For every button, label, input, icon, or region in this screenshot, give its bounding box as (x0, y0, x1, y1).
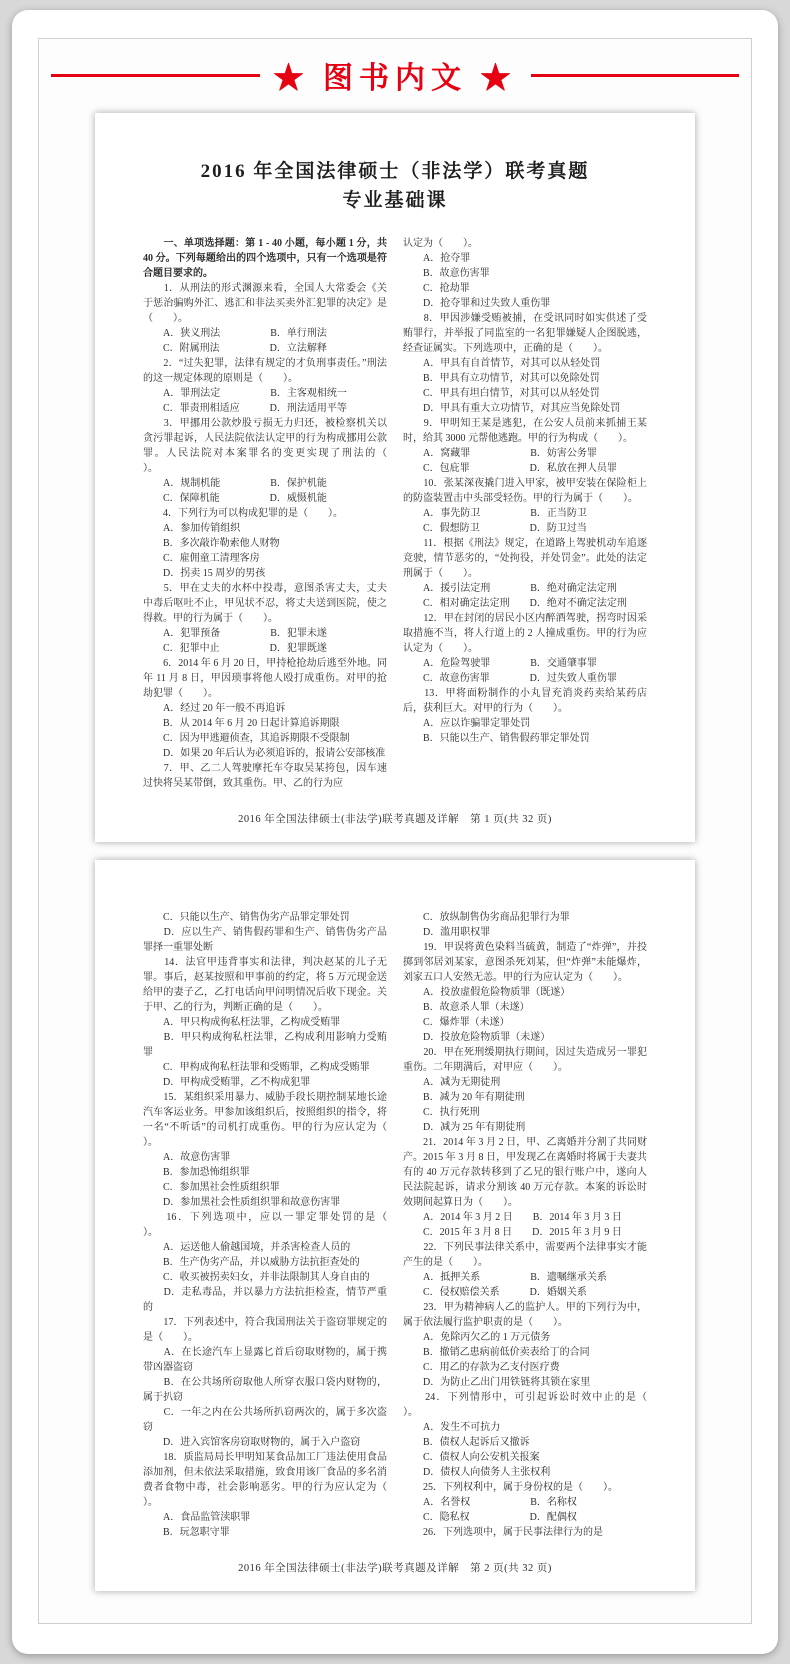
text-line: B．债权人起诉后又撤诉 (403, 1435, 647, 1450)
text-line: B．玩忽职守罪 (143, 1525, 387, 1540)
text-line: A．犯罪预备 B．犯罪未遂 (143, 626, 387, 641)
text-line: A．食品监管渎职罪 (143, 1510, 387, 1525)
exam-title-line1: 2016 年全国法律硕士（非法学）联考真题 (143, 157, 647, 186)
text-line: C．隐私权 D．配偶权 (403, 1510, 647, 1525)
text-line: 2．“过失犯罪，法律有规定的才负刑事责任。”刑法的这一规定体现的原则是（ ）。 (143, 356, 387, 386)
text-line: B．生产伪劣产品，并以威胁方法抗拒查处的 (143, 1255, 387, 1270)
text-line: A．经过 20 年一般不再追诉 (143, 701, 387, 716)
text-line: C．保障机能 D．威慑机能 (143, 491, 387, 506)
text-line: B．多次敲诈勒索他人财物 (143, 536, 387, 551)
text-line: A．甲只构成徇私枉法罪，乙构成受贿罪 (143, 1015, 387, 1030)
text-line: A．事先防卫 B．正当防卫 (403, 506, 647, 521)
text-line: A．名誉权 B．名称权 (403, 1495, 647, 1510)
text-line: B．参加恐怖组织罪 (143, 1165, 387, 1180)
text-line: C．侵权赔偿关系 D．婚姻关系 (403, 1285, 647, 1300)
text-line: 1．从刑法的形式渊源来看，全国人大常委会《关于惩治骗购外汇、逃汇和非法买卖外汇犯… (143, 281, 387, 326)
text-line: 12．甲在封闭的居民小区内醉酒驾驶，拐弯时因采取措施不当，将人行道上的 2 人撞… (403, 611, 647, 656)
text-line: D．债权人向债务人主张权利 (403, 1465, 647, 1480)
text-line: A．免除丙欠乙的 1 万元债务 (403, 1330, 647, 1345)
text-line: 22．下列民事法律关系中，需要两个法律事实才能产生的是（ ）。 (403, 1240, 647, 1270)
text-line: A．罪刑法定 B．主客观相统一 (143, 386, 387, 401)
text-line: C．附属刑法 D．立法解释 (143, 341, 387, 356)
text-line: A．窝藏罪 B．妨害公务罪 (403, 446, 647, 461)
text-line: C．执行死刑 (403, 1105, 647, 1120)
text-line: C．债权人向公安机关报案 (403, 1450, 647, 1465)
text-line: B．甲具有立功情节，对其可以免除处罚 (403, 371, 647, 386)
text-line: 25．下列权利中，属于身份权的是（ ）。 (403, 1480, 647, 1495)
text-line: D．如果 20 年后认为必须追诉的，报请公安部核准 (143, 746, 387, 761)
text-line: D．滥用职权罪 (403, 925, 647, 940)
text-line: A．规制机能 B．保护机能 (143, 476, 387, 491)
text-line: 9．甲明知王某是逃犯，在公安人员前来抓捕王某时，给其 3000 元帮他逃跑。甲的… (403, 416, 647, 446)
text-line: C．放纵制售伪劣商品犯罪行为罪 (403, 910, 647, 925)
text-line: C．爆炸罪（未遂） (403, 1015, 647, 1030)
text-line: A．在长途汽车上显露匕首后窃取财物的，属于携带凶器盗窃 (143, 1345, 387, 1375)
text-line: 4．下列行为可以构成犯罪的是（ ）。 (143, 506, 387, 521)
text-line: C．故意伤害罪 D．过失致人重伤罪 (403, 671, 647, 686)
exam-page-1: 2016 年全国法律硕士（非法学）联考真题 专业基础课 一、单项选择题：第 1 … (95, 113, 695, 842)
text-line: A．援引法定刑 B．绝对确定法定刑 (403, 581, 647, 596)
page1-columns: 一、单项选择题：第 1 - 40 小题，每小题 1 分，共 40 分。下列每题给… (143, 236, 647, 791)
text-line: C．因为甲逃避侦查，其追诉期限不受限制 (143, 731, 387, 746)
page2-columns: C．只能以生产、销售伪劣产品罪定罪处罚 D．应以生产、销售假药罪和生产、销售伪劣… (143, 910, 647, 1540)
exam-title-line2: 专业基础课 (143, 186, 647, 215)
text-line: D．甲具有重大立功情节，对其应当免除处罚 (403, 401, 647, 416)
text-line: A．2014 年 3 月 2 日 B．2014 年 3 月 3 日 (403, 1210, 647, 1225)
text-line: D．投放危险物质罪（未遂） (403, 1030, 647, 1045)
text-line: A．发生不可抗力 (403, 1420, 647, 1435)
text-line: 21．2014 年 3 月 2 日，甲、乙离婚并分割了共同财产。2015 年 3… (403, 1135, 647, 1210)
text-line: 5．甲在丈夫的水杯中投毒，意图杀害丈夫，丈夫中毒后呕吐不止，甲见状不忍，将丈夫送… (143, 581, 387, 626)
text-line: 3．甲挪用公款炒股亏损无力归还，被检察机关以贪污罪起诉，人民法院依法认定甲的行为… (143, 416, 387, 476)
text-line: A．狭义刑法 B．单行刑法 (143, 326, 387, 341)
banner-line-left (51, 74, 260, 77)
text-line: 23．甲为精神病人乙的监护人。甲的下列行为中，属于依法履行监护职责的是（ ）。 (403, 1300, 647, 1330)
text-line: C．一年之内在公共场所扒窃两次的，属于多次盗窃 (143, 1405, 387, 1435)
text-line: 13．甲将面粉制作的小丸冒充消炎药卖给某药店后，获利巨大。对甲的行为（ ）。 (403, 686, 647, 716)
text-line: C．用乙的存款为乙支付医疗费 (403, 1360, 647, 1375)
text-line: D．走私毒品，并以暴力方法抗拒检查，情节严重的 (143, 1285, 387, 1315)
page1-footer: 2016 年全国法律硕士(非法学)联考真题及详解 第 1 页(共 32 页) (143, 811, 647, 826)
text-line: B．在公共场所窃取他人所穿衣服口袋内财物的，属于扒窃 (143, 1375, 387, 1405)
text-line: 17．下列表述中，符合我国刑法关于盗窃罪规定的是（ ）。 (143, 1315, 387, 1345)
text-line: A．参加传销组织 (143, 521, 387, 536)
text-line: D．减为 25 年有期徒刑 (403, 1120, 647, 1135)
text-line: D．应以生产、销售假药罪和生产、销售伪劣产品罪择一重罪处断 (143, 925, 387, 955)
text-line: B．减为 20 年有期徒刑 (403, 1090, 647, 1105)
text-line: A．危险驾驶罪 B．交通肇事罪 (403, 656, 647, 671)
text-line: A．故意伤害罪 (143, 1150, 387, 1165)
text-line: C．参加黑社会性质组织罪 (143, 1180, 387, 1195)
text-line: C．包庇罪 D．私放在押人员罪 (403, 461, 647, 476)
text-line: C．2015 年 3 月 8 日 D．2015 年 3 月 9 日 (403, 1225, 647, 1240)
text-line: C．甲构成徇私枉法罪和受贿罪，乙构成受贿罪 (143, 1060, 387, 1075)
page1-left-column: 一、单项选择题：第 1 - 40 小题，每小题 1 分，共 40 分。下列每题给… (143, 236, 387, 791)
text-line: B．故意杀人罪（未遂） (403, 1000, 647, 1015)
text-line: D．进入宾馆客房窃取财物的，属于入户盗窃 (143, 1435, 387, 1450)
text-line: 20．甲在死刑缓期执行期间，因过失造成另一罪犯重伤。二年期满后，对甲应（ ）。 (403, 1045, 647, 1075)
text-line: 8．甲因涉嫌受贿被捕，在受讯同时如实供述了受贿罪行，并举报了同监室的一名犯罪嫌疑… (403, 311, 647, 356)
text-line: 18．质监局局长甲明知某食品加工厂违法使用食品添加剂，但未依法采取措施，致食用该… (143, 1450, 387, 1510)
text-line: C．假想防卫 D．防卫过当 (403, 521, 647, 536)
text-line: C．抢劫罪 (403, 281, 647, 296)
text-line: B．甲只构成徇私枉法罪，乙构成利用影响力受贿罪 (143, 1030, 387, 1060)
text-line: D．为防止乙出门用铁链将其锁在家里 (403, 1375, 647, 1390)
text-line: 24．下列情形中，可引起诉讼时效中止的是（ ）。 (403, 1390, 647, 1420)
exam-title: 2016 年全国法律硕士（非法学）联考真题 专业基础课 (143, 157, 647, 216)
text-line: B．只能以生产、销售假药罪定罪处罚 (403, 731, 647, 746)
text-line: 10．张某深夜撬门进入甲家，被甲安装在保险柜上的防盗装置击中头部受轻伤。甲的行为… (403, 476, 647, 506)
text-line: 15．某组织采用暴力、威胁手段长期控制某地长途汽车客运业务。甲参加该组织后，按照… (143, 1090, 387, 1150)
text-line: B．故意伤害罪 (403, 266, 647, 281)
banner-line-right (531, 74, 740, 77)
text-line: C．犯罪中止 D．犯罪既遂 (143, 641, 387, 656)
text-line: A．甲具有自首情节，对其可以从轻处罚 (403, 356, 647, 371)
text-line: 7．甲、乙二人驾驶摩托车夺取吴某挎包，因车速过快将吴某带倒，致其重伤。甲、乙的行… (143, 761, 387, 791)
text-line: A．投放虚假危险物质罪（既遂） (403, 985, 647, 1000)
section-banner: ★ 图书内文 ★ (51, 53, 739, 97)
text-line: C．收买被拐卖妇女，并非法限制其人身自由的 (143, 1270, 387, 1285)
text-line: 11．根据《刑法》规定，在道路上驾驶机动车追逐竞驶，情节恶劣的，“处拘役，并处罚… (403, 536, 647, 581)
text-line: B．从 2014 年 6 月 20 日起计算追诉期限 (143, 716, 387, 731)
book-preview-card: ★ 图书内文 ★ 2016 年全国法律硕士（非法学）联考真题 专业基础课 一、单… (12, 10, 778, 1654)
text-line: A．运送他人偷越国境，并杀害检查人员的 (143, 1240, 387, 1255)
page2-left-column: C．只能以生产、销售伪劣产品罪定罪处罚 D．应以生产、销售假药罪和生产、销售伪劣… (143, 910, 387, 1540)
text-line: D．抢夺罪和过失致人重伤罪 (403, 296, 647, 311)
exam-page-2: C．只能以生产、销售伪劣产品罪定罪处罚 D．应以生产、销售假药罪和生产、销售伪劣… (95, 860, 695, 1591)
text-line: C．甲具有坦白情节，对其可以从轻处罚 (403, 386, 647, 401)
text-line: A．减为无期徒刑 (403, 1075, 647, 1090)
text-line: C．只能以生产、销售伪劣产品罪定罪处罚 (143, 910, 387, 925)
text-line: D．拐卖 15 周岁的男孩 (143, 566, 387, 581)
text-line: 一、单项选择题：第 1 - 40 小题，每小题 1 分，共 40 分。下列每题给… (143, 236, 387, 281)
inner-panel: ★ 图书内文 ★ 2016 年全国法律硕士（非法学）联考真题 专业基础课 一、单… (38, 38, 752, 1624)
page2-footer: 2016 年全国法律硕士(非法学)联考真题及详解 第 2 页(共 32 页) (143, 1560, 647, 1575)
text-line: D．参加黑社会性质组织罪和故意伤害罪 (143, 1195, 387, 1210)
text-line: A．应以诈骗罪定罪处罚 (403, 716, 647, 731)
page1-right-column: 认定为（ ）。 A．抢夺罪 B．故意伤害罪 C．抢劫罪 D．抢夺罪和过失致人重伤… (403, 236, 647, 791)
text-line: 14．法官甲违背事实和法律，判决赵某的儿子无罪。事后，赵某按照和甲事前的约定，将… (143, 955, 387, 1015)
text-line: 6．2014 年 6 月 20 日，甲持枪抢劫后逃至外地。同年 11 月 8 日… (143, 656, 387, 701)
text-line: A．抢夺罪 (403, 251, 647, 266)
text-line: D．甲构成受贿罪，乙不构成犯罪 (143, 1075, 387, 1090)
text-line: C．雇佣童工清理客房 (143, 551, 387, 566)
text-line: A．抵押关系 B．遗嘱继承关系 (403, 1270, 647, 1285)
text-line: 26．下列选项中，属于民事法律行为的是 (403, 1525, 647, 1540)
text-line: 16．下列选项中，应以一罪定罪处罚的是（ ）。 (143, 1210, 387, 1240)
text-line: B．撤销乙患病前低价卖表给丁的合同 (403, 1345, 647, 1360)
text-line: C．罪责刑相适应 D．刑法适用平等 (143, 401, 387, 416)
text-line: 19．甲误将黄色染料当硫黄，制造了“炸弹”，并投掷到邻居刘某家，意图杀死刘某，但… (403, 940, 647, 985)
banner-title: ★ 图书内文 ★ (260, 53, 531, 97)
text-line: 认定为（ ）。 (403, 236, 647, 251)
page2-right-column: C．放纵制售伪劣商品犯罪行为罪 D．滥用职权罪 19．甲误将黄色染料当硫黄，制造… (403, 910, 647, 1540)
text-line: C．相对确定法定刑 D．绝对不确定法定刑 (403, 596, 647, 611)
